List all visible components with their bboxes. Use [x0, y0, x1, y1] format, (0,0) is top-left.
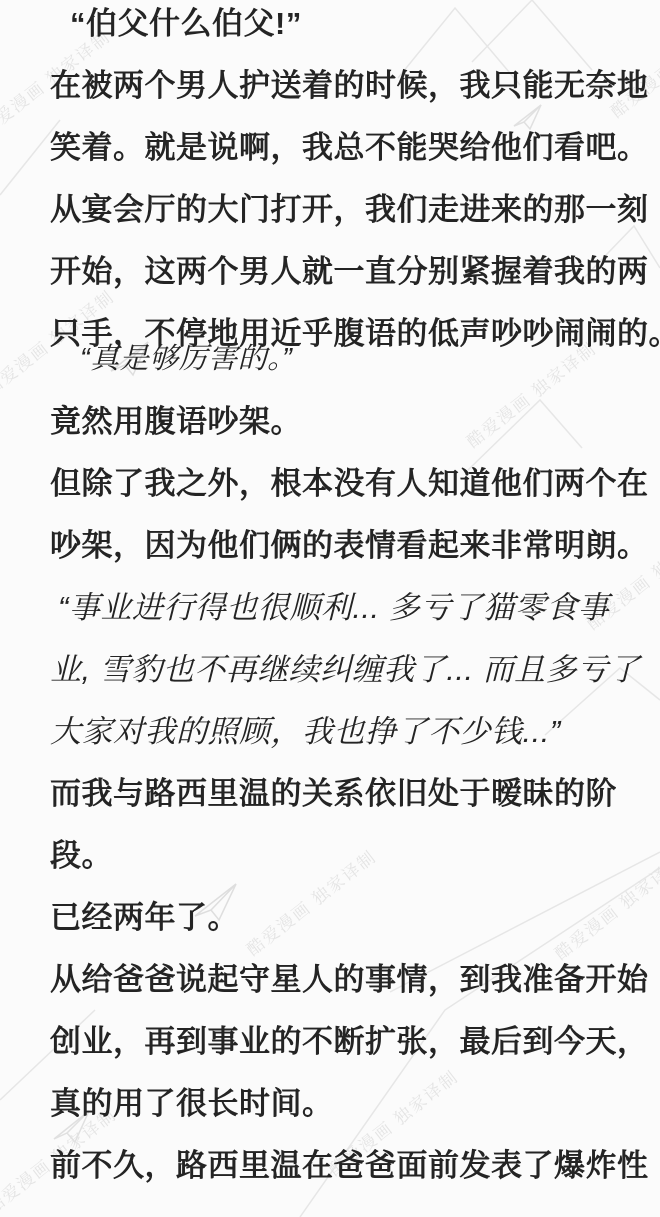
paragraph-inner-monologue: “事业进行得也很顺利... 多亏了猫零食事业, 雪豹也不再继续纠缠我了... 而…: [50, 577, 640, 763]
text-line: 吵架，因为他们俩的表情看起来非常明朗。: [50, 515, 640, 577]
text-line: 在被两个男人护送着的时候，我只能无奈地: [50, 55, 640, 117]
text-line: 真的用了很长时间。: [50, 1073, 640, 1135]
paragraph: 从给爸爸说起守星人的事情，到我准备开始创业，再到事业的不断扩张，最后到今天，真的…: [50, 949, 640, 1135]
text-line: 前不久，路西里温在爸爸面前发表了爆炸性: [50, 1135, 640, 1197]
text-line: 笑着。就是说啊，我总不能哭给他们看吧。: [50, 117, 640, 179]
paragraph: 竟然用腹语吵架。: [50, 391, 640, 453]
text-line: 但除了我之外，根本没有人知道他们两个在: [50, 453, 640, 515]
text-line: 开始，这两个男人就一直分别紧握着我的两: [50, 241, 640, 303]
paragraph: 而我与路西里温的关系依旧处于暧昧的阶段。: [50, 763, 640, 887]
text-line: 段。: [50, 825, 640, 887]
paragraph: 已经两年了。: [50, 887, 640, 949]
paragraph: 从宴会厅的大门打开，我们走进来的那一刻开始，这两个男人就一直分别紧握着我的两只手…: [50, 179, 640, 365]
text-line: 竟然用腹语吵架。: [50, 391, 640, 453]
paragraph: 在被两个男人护送着的时候，我只能无奈地笑着。就是说啊，我总不能哭给他们看吧。: [50, 55, 640, 179]
novel-text: “伯父什么伯父!”在被两个男人护送着的时候，我只能无奈地笑着。就是说啊，我总不能…: [0, 0, 660, 1197]
paragraph: 但除了我之外，根本没有人知道他们两个在吵架，因为他们俩的表情看起来非常明朗。: [50, 453, 640, 577]
text-line: 创业，再到事业的不断扩张，最后到今天，: [50, 1011, 640, 1073]
text-line: “事业进行得也很顺利... 多亏了猫零食事: [50, 577, 640, 639]
text-line: 大家对我的照顾，我也挣了不少钱...”: [50, 701, 640, 763]
text-line: 从宴会厅的大门打开，我们走进来的那一刻: [50, 179, 640, 241]
paragraph: 前不久，路西里温在爸爸面前发表了爆炸性: [50, 1135, 640, 1197]
text-line: “伯父什么伯父!”: [50, 0, 640, 55]
novel-reader-page: 酷爱漫画 独家译制酷爱漫画 独家译制酷爱漫画 独家译制酷爱漫画 独家译制酷爱漫画…: [0, 0, 660, 1217]
text-line: 业, 雪豹也不再继续纠缠我了... 而且多亏了: [50, 639, 640, 701]
paragraph: “伯父什么伯父!”: [50, 0, 640, 55]
text-line: 已经两年了。: [50, 887, 640, 949]
text-line: 而我与路西里温的关系依旧处于暧昧的阶: [50, 763, 640, 825]
text-line: 从给爸爸说起守星人的事情，到我准备开始: [50, 949, 640, 1011]
